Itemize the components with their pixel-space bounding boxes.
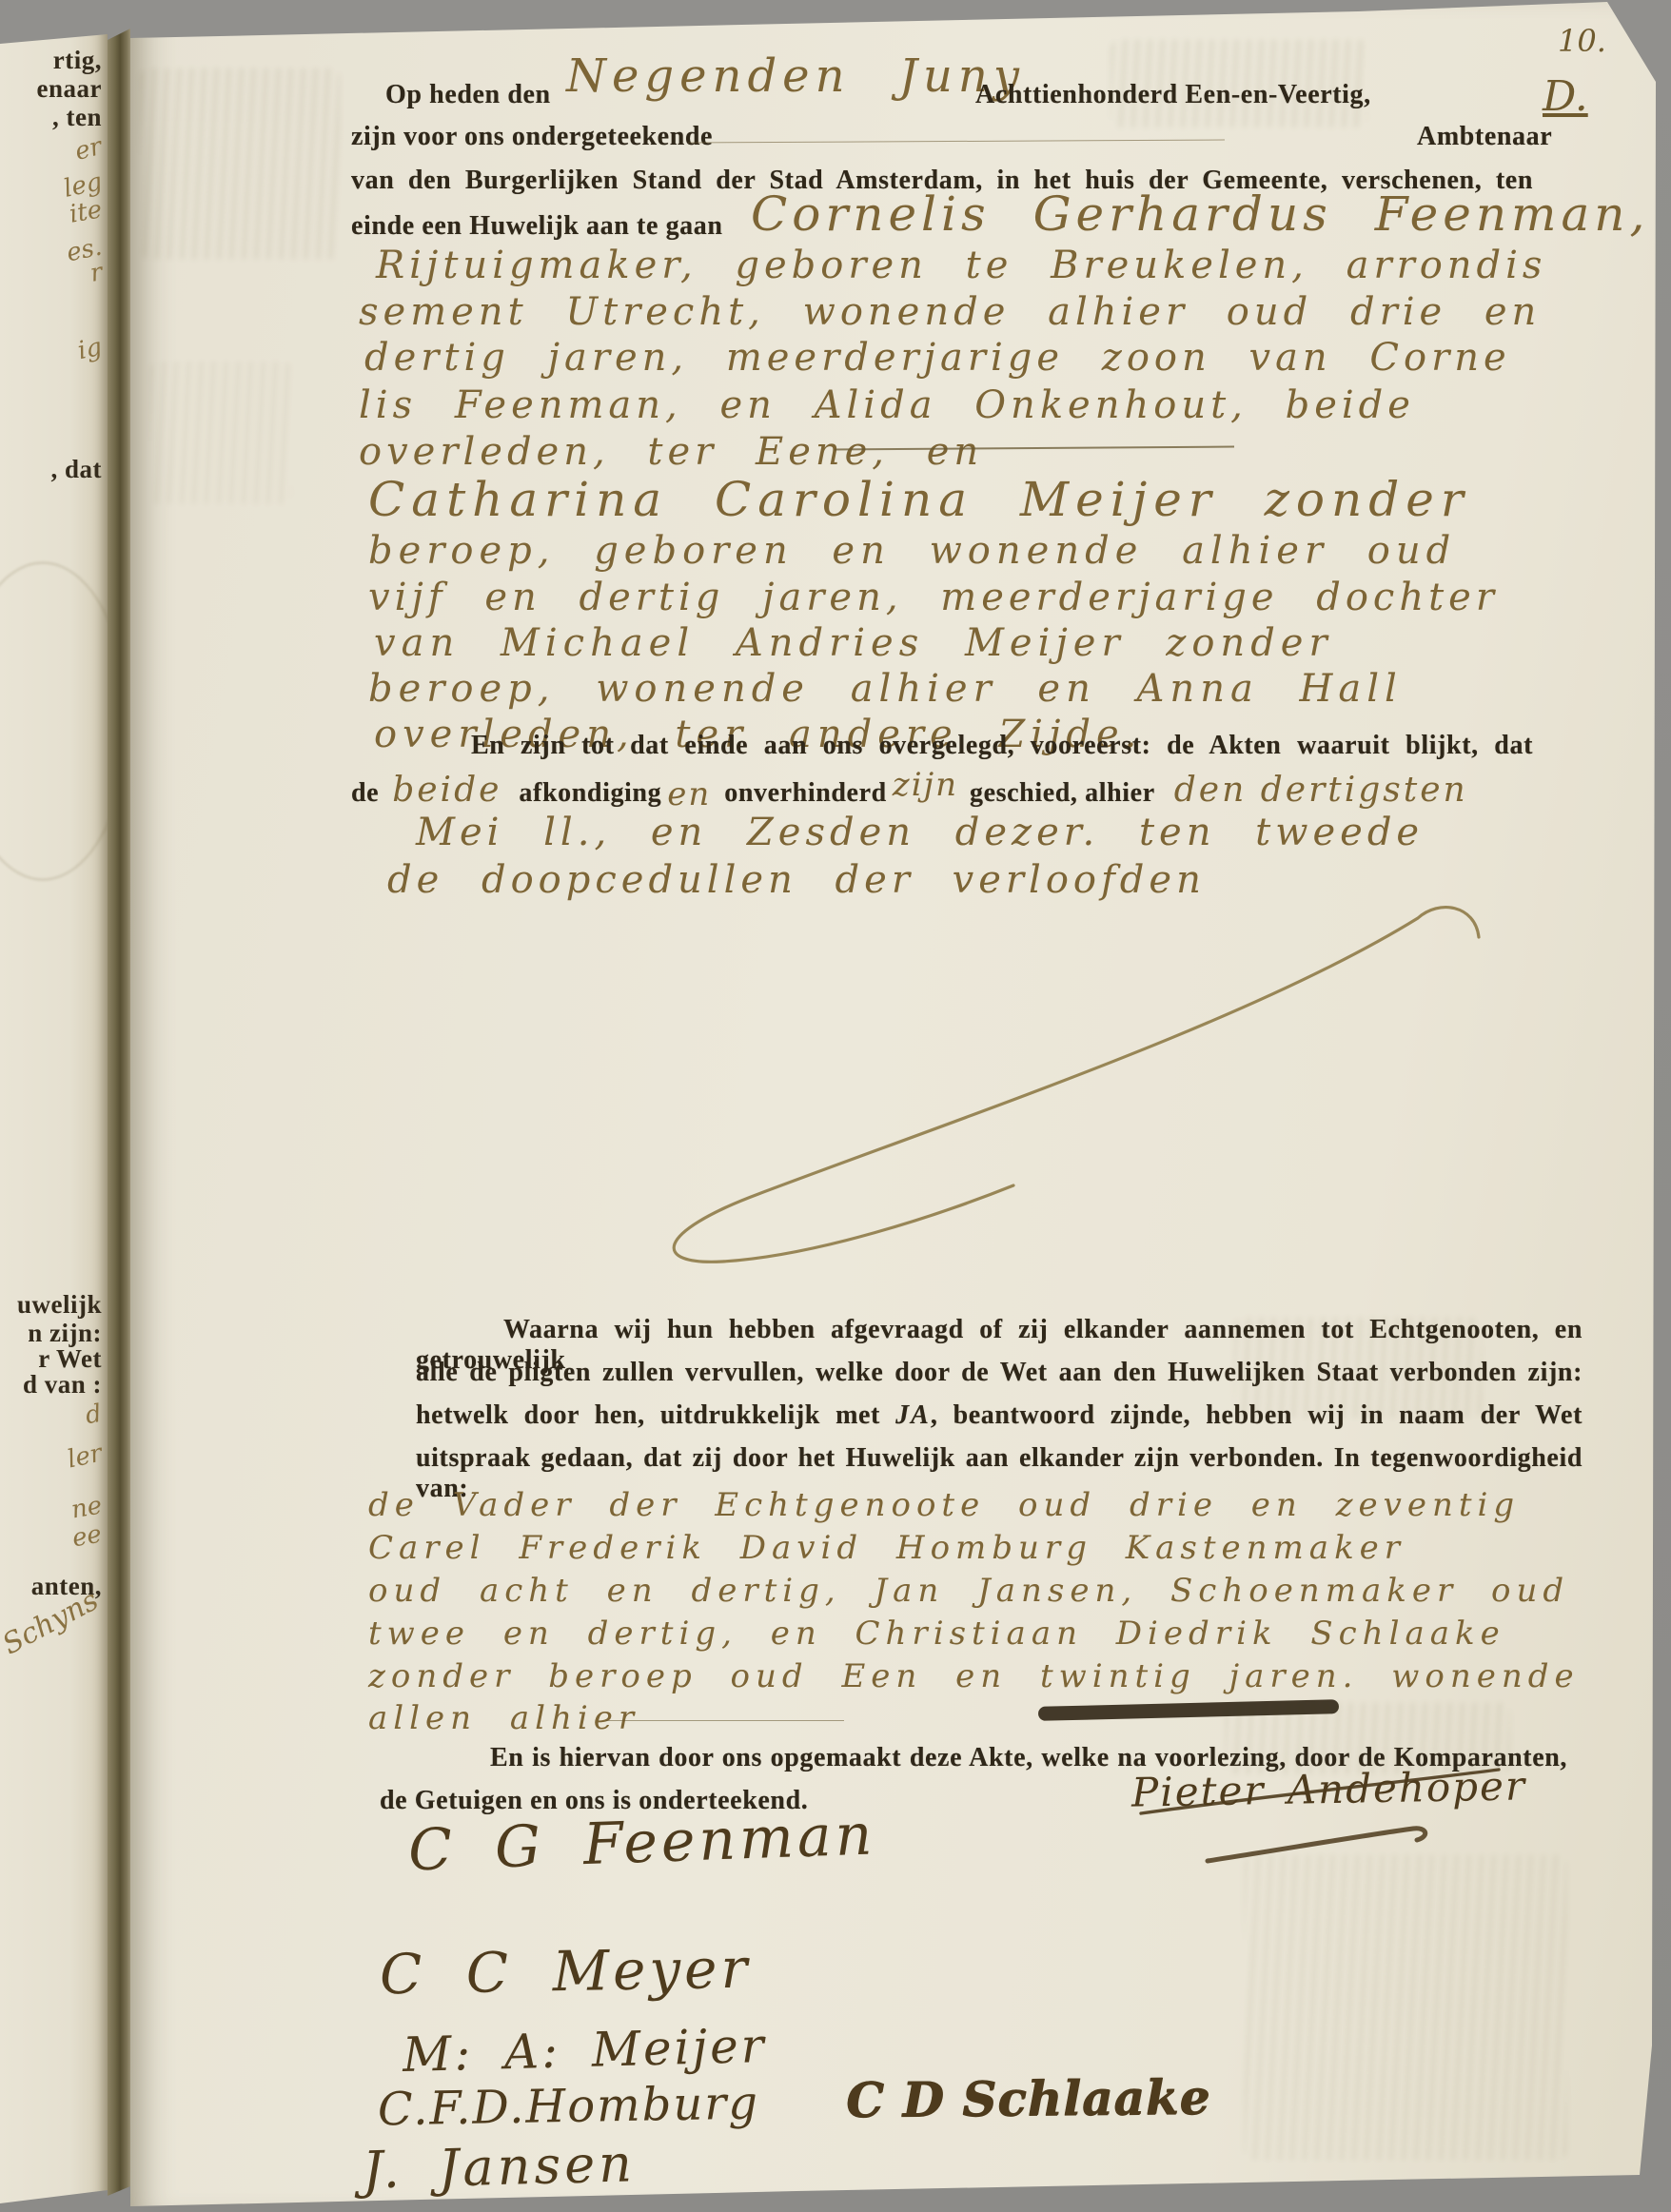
bleedthrough-smudge (149, 362, 292, 504)
margin-script-fragment: r (88, 258, 104, 288)
handwritten-groom-line: lis Feenman, en Alida Onkenhout, beide (359, 383, 1415, 427)
handwritten-witness-line: de Vader der Echtgenoote oud drie en zev… (368, 1486, 1520, 1524)
signature-official: Pieter Andehoper (1131, 1762, 1527, 1815)
handwritten-witness-line: oud acht en dertig, Jan Jansen, Schoenma… (368, 1572, 1569, 1610)
margin-script-fragment: er (72, 132, 105, 166)
filler-dash-short (606, 1720, 844, 1721)
handwritten-en: en (667, 775, 711, 813)
printed-ambtenaar: Ambtenaar (1417, 122, 1552, 152)
handwritten-date: Negenden Juny (566, 49, 1025, 103)
handwritten-doopcedullen-line: de doopcedullen der verloofden (387, 858, 1206, 902)
margin-fragment: , ten (52, 103, 102, 132)
folio-mark: D. (1543, 72, 1588, 121)
vows-line3-after-ja: , beantwoord zijnde, hebben wij in naam … (931, 1400, 1583, 1430)
signature-bride: C C Meyer (379, 1936, 751, 2007)
margin-script-fragment: ig (75, 333, 105, 366)
handwritten-witness-line: zonder beroep oud Een en twintig jaren. … (368, 1657, 1580, 1695)
handwritten-bride-name-line: Catharina Carolina Meijer zonder (368, 472, 1470, 527)
printed-akten-line: En zijn tot dat einde aan ons overgelegd… (351, 731, 1533, 761)
register-page: 10. D. Op heden den Negenden Juny Achtti… (130, 0, 1671, 2212)
handwritten-mei-line: Mei ll., en Zesden dezer. ten tweede (416, 811, 1424, 854)
binding-gutter (108, 0, 130, 2212)
printed-vows-line3: hetwelk door hen, uitdrukkelijk met JA, … (416, 1400, 1583, 1431)
handwritten-beide: beide (392, 771, 501, 810)
mixed-afkondiging-line: de beide afkondiging en onverhinderd zij… (351, 771, 1550, 810)
handwritten-witness-line: twee en dertig, en Christiaan Diedrik Sc… (368, 1615, 1505, 1653)
signature-witness-homburg: C.F.D.Homburg (378, 2077, 760, 2137)
handwritten-zijn: zijn (893, 766, 958, 804)
printed-vows-line2: alle de pligten zullen vervullen, welke … (416, 1358, 1583, 1388)
bleedthrough-smudge (1244, 1855, 1567, 2160)
folio-number: 10. (1558, 23, 1606, 59)
margin-fragment: uwelijk (17, 1290, 102, 1320)
vows-line3-before-ja: hetwelk door hen, uitdrukkelijk met (416, 1400, 895, 1430)
document-scan: rtig, enaar , ten er leg ite es. r ig , … (0, 0, 1671, 2212)
signature-witness-jansen: J. Jansen (362, 2133, 636, 2200)
margin-script-fragment: ler (65, 1439, 105, 1475)
handwritten-bride-line: vijf en dertig jaren, meerderjarige doch… (368, 576, 1499, 619)
handwritten-groom-name: Cornelis Gerhardus Feenman, (751, 186, 1649, 242)
vows-ja-word: JA (895, 1400, 931, 1430)
handwritten-groom-line: dertig jaren, meerderjarige zoon van Cor… (364, 336, 1511, 380)
margin-fragment: enaar (37, 74, 102, 104)
printed-afkondiging: afkondiging (519, 778, 661, 808)
handwritten-dertigsten: den dertigsten (1174, 771, 1468, 810)
printed-op-heden: Op heden den (385, 80, 551, 110)
handwritten-witness-line: Carel Frederik David Homburg Kastenmaker (368, 1529, 1406, 1567)
handwritten-groom-line: overleden, ter Eene, en (359, 430, 983, 474)
printed-de: de (351, 778, 379, 808)
signature-witness-schlaake: C D Schlaake (846, 2068, 1211, 2127)
handwritten-bride-line: van Michael Andries Meijer zonder (374, 621, 1333, 665)
margin-script-fragment: d (84, 1400, 105, 1430)
handwritten-bride-line: beroep, wonende alhier en Anna Hall (368, 667, 1403, 711)
handwritten-bride-line: beroep, geboren en wonende alhier oud (368, 529, 1456, 573)
printed-onverhinderd: onverhinderd (724, 778, 887, 808)
margin-fragment: d van : (23, 1370, 102, 1400)
handwritten-groom-line: Rijtuigmaker, geboren te Breukelen, arro… (376, 244, 1546, 287)
printed-zijn-voor-ons: zijn voor ons ondergeteekende (351, 122, 713, 152)
blank-name-line (688, 140, 1225, 144)
printed-year: Achttienhonderd Een-en-Veertig, (975, 80, 1371, 110)
margin-fragment: rtig, (53, 46, 102, 75)
printed-geschied-alhier: geschied, alhier (970, 778, 1155, 808)
previous-page-edge: rtig, enaar , ten er leg ite es. r ig , … (0, 0, 108, 2212)
handwritten-groom-line: sement Utrecht, wonende alhier oud drie … (359, 290, 1541, 334)
margin-script-fragment: ee (70, 1520, 105, 1554)
handwritten-witness-line: allen alhier (368, 1699, 639, 1737)
margin-script-fragment: ite (67, 195, 104, 228)
signature-witness-father: M: A: Meijer (402, 2018, 767, 2083)
bleedthrough-smudge (140, 69, 340, 259)
printed-einde-huwelijk: einde een Huwelijk aan te gaan (351, 211, 723, 242)
margin-fragment: , dat (50, 455, 102, 484)
